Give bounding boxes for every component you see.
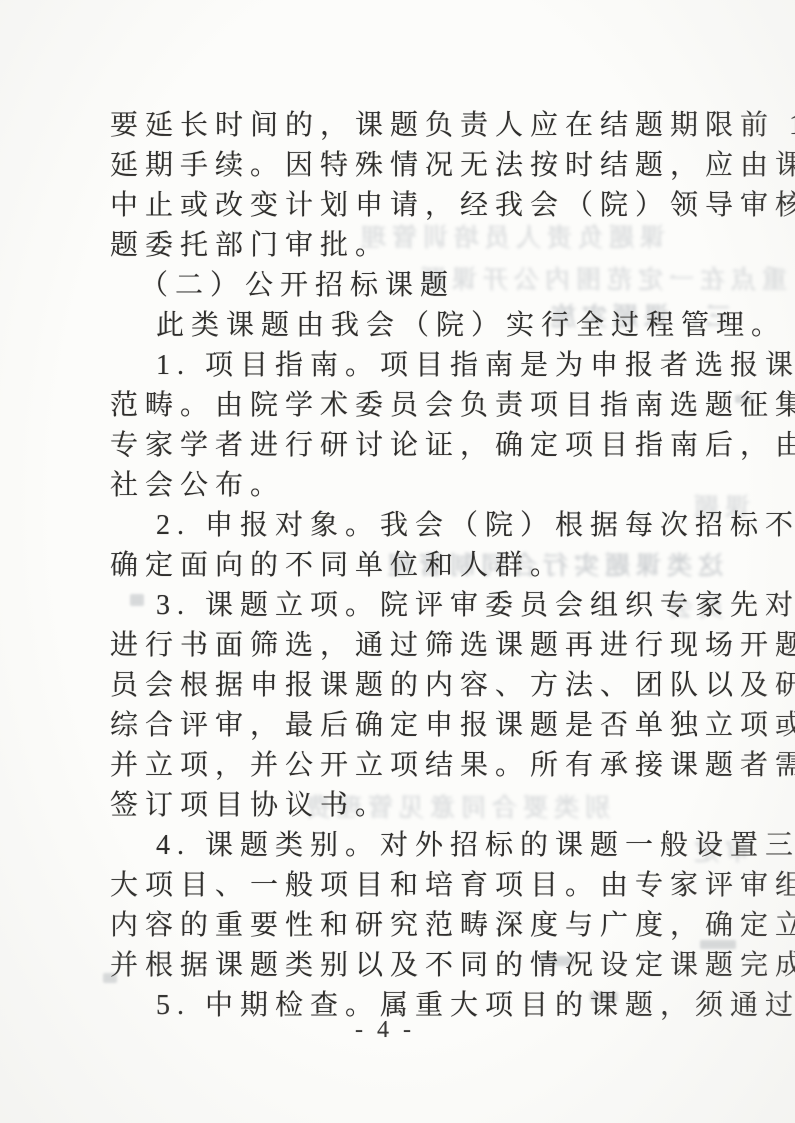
text-line: 综合评审，最后确定申报课题是否单独立项或与相关课题合 <box>110 706 700 746</box>
list-item-line: 4. 课题类别。对外招标的课题一般设置三个类别：即重 <box>110 826 700 866</box>
text-line: 延期手续。因特殊情况无法按时结题，应由课题负责人提出 <box>110 146 700 186</box>
section-heading: （二）公开招标课题 <box>110 266 700 306</box>
text-line: 要延长时间的，课题负责人应在结题期限前 1 个月申请办理 <box>110 106 700 146</box>
scan-speck <box>700 940 736 949</box>
text-line: 员会根据申报课题的内容、方法、团队以及研究基础等进行 <box>110 666 700 706</box>
scanned-document-page: 课题负责人员培训管理 重点在一定范围内公开课题 三、课题实施 这类课题实行合同制… <box>0 0 795 1123</box>
text-line: 进行书面筛选，通过筛选课题再进行现场开题报告。评审委 <box>110 626 700 666</box>
text-line: 确定面向的不同单位和人群。 <box>110 546 700 586</box>
text-line: 中止或改变计划申请，经我会（院）领导审核同意后，报课 <box>110 186 700 226</box>
text-line: 题委托部门审批。 <box>110 226 700 266</box>
document-body: 要延长时间的，课题负责人应在结题期限前 1 个月申请办理 延期手续。因特殊情况无… <box>110 106 700 1026</box>
list-item-line: 1. 项目指南。项目指南是为申报者选报课题提供的项目 <box>110 346 700 386</box>
page-number: - 4 - <box>110 1012 660 1048</box>
text-line: 大项目、一般项目和培育项目。由专家评审组依据立项课题 <box>110 866 700 906</box>
list-item-line: 3. 课题立项。院评审委员会组织专家先对所有申报课题 <box>110 586 700 626</box>
text-line: 并立项，并公开立项结果。所有承接课题者需要与我会（院） <box>110 746 700 786</box>
list-item-line: 2. 申报对象。我会（院）根据每次招标不同重点和任务， <box>110 506 700 546</box>
text-line: 社会公布。 <box>110 466 700 506</box>
text-line: 内容的重要性和研究范畴深度与广度，确定立项课题的类别， <box>110 906 700 946</box>
text-line: 并根据课题类别以及不同的情况设定课题完成的时限。 <box>110 946 700 986</box>
text-line: 此类课题由我会（院）实行全过程管理。 <box>110 306 700 346</box>
text-line: 签订项目协议书。 <box>110 786 700 826</box>
text-line: 范畴。由院学术委员会负责项目指南选题征集工作，并组织 <box>110 386 700 426</box>
text-line: 专家学者进行研讨论证，确定项目指南后，由我会（院）向 <box>110 426 700 466</box>
